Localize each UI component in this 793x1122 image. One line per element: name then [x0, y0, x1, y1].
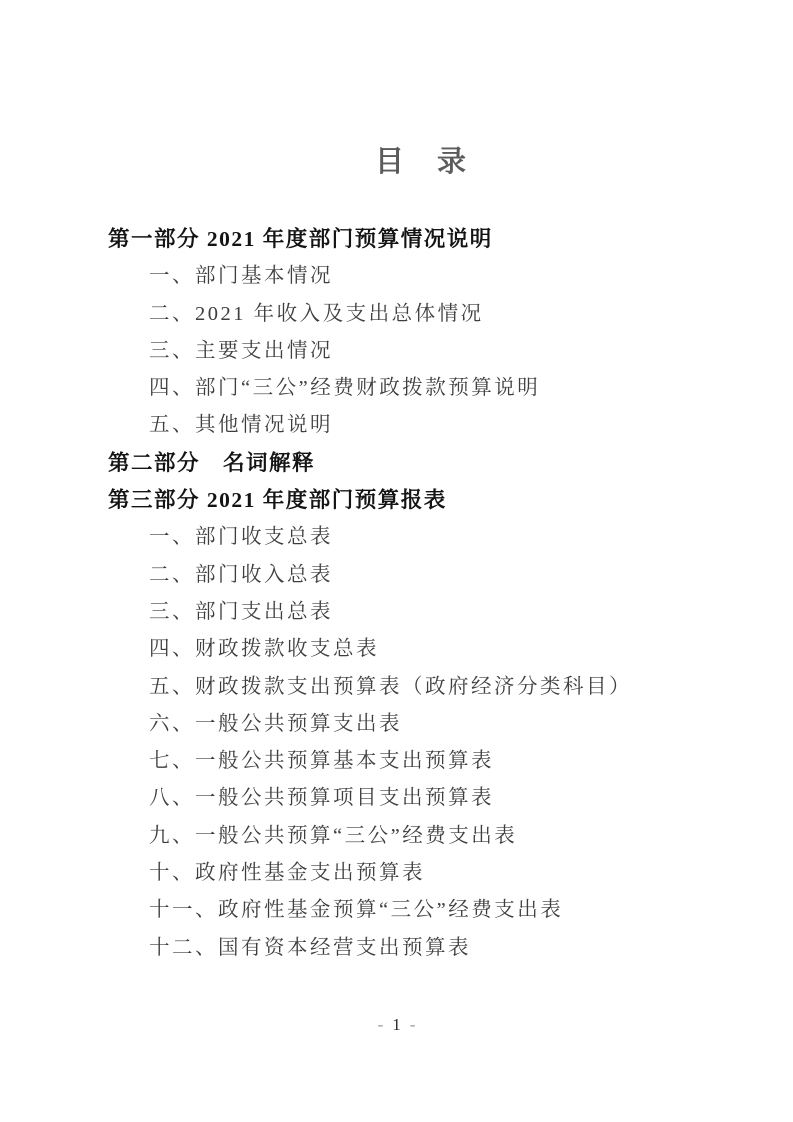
- toc-item: 八、一般公共预算项目支出预算表: [149, 780, 793, 817]
- toc-item: 三、部门支出总表: [149, 594, 793, 631]
- toc-item: 五、其他情况说明: [149, 407, 793, 444]
- toc-item: 四、部门“三公”经费财政拨款预算说明: [149, 370, 793, 407]
- toc-item: 一、部门基本情况: [149, 258, 793, 295]
- toc-item: 六、一般公共预算支出表: [149, 706, 793, 743]
- page-footer: -1-: [0, 1015, 793, 1035]
- toc-part-3-heading: 第三部分 2021 年度部门预算报表: [108, 482, 793, 519]
- page-number: 1: [392, 1015, 401, 1034]
- page-title: 目 录: [25, 143, 793, 180]
- toc-item: 二、2021 年收入及支出总体情况: [149, 296, 793, 333]
- document-page: 目 录 第一部分 2021 年度部门预算情况说明 一、部门基本情况 二、2021…: [0, 0, 793, 1122]
- table-of-contents: 第一部分 2021 年度部门预算情况说明 一、部门基本情况 二、2021 年收入…: [0, 221, 793, 967]
- toc-item: 一、部门收支总表: [149, 519, 793, 556]
- toc-part-2-heading: 第二部分 名词解释: [108, 445, 793, 482]
- toc-item: 二、部门收入总表: [149, 557, 793, 594]
- toc-item: 四、财政拨款收支总表: [149, 631, 793, 668]
- footer-dash-right: -: [410, 1015, 416, 1034]
- toc-item: 十一、政府性基金预算“三公”经费支出表: [149, 892, 793, 929]
- toc-item: 三、主要支出情况: [149, 333, 793, 370]
- toc-part-1-heading: 第一部分 2021 年度部门预算情况说明: [108, 221, 793, 258]
- toc-item: 九、一般公共预算“三公”经费支出表: [149, 818, 793, 855]
- footer-dash-left: -: [378, 1015, 384, 1034]
- toc-item: 十二、国有资本经营支出预算表: [149, 930, 793, 967]
- toc-item: 十、政府性基金支出预算表: [149, 855, 793, 892]
- toc-item: 五、财政拨款支出预算表（政府经济分类科目）: [149, 669, 793, 706]
- toc-item: 七、一般公共预算基本支出预算表: [149, 743, 793, 780]
